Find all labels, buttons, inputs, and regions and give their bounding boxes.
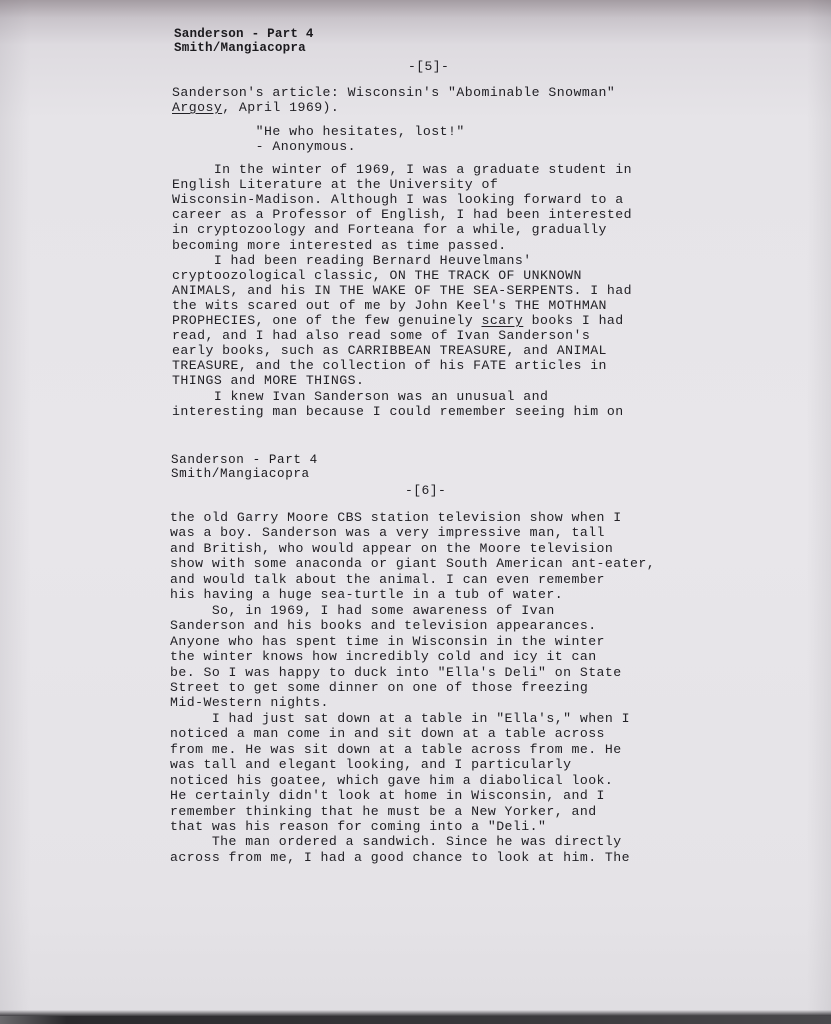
text-line: In the winter of 1969, I was a graduate … xyxy=(172,162,632,177)
text-line: interesting man because I could remember… xyxy=(172,404,624,419)
text-line: He certainly didn't look at home in Wisc… xyxy=(170,788,605,803)
page-number: -[6]- xyxy=(405,483,446,498)
text-line: I knew Ivan Sanderson was an unusual and xyxy=(172,389,548,404)
text-line: ANIMALS, and his IN THE WAKE OF THE SEA-… xyxy=(172,283,632,298)
text-line: in cryptozoology and Forteana for a whil… xyxy=(172,222,607,237)
text-line: I had just sat down at a table in "Ella'… xyxy=(170,711,630,726)
text-line: - Anonymous. xyxy=(172,139,356,154)
text-line: Sanderson's article: Wisconsin's "Abomin… xyxy=(172,85,615,100)
text-line: his having a huge sea-turtle in a tub of… xyxy=(170,587,563,602)
text-line: Street to get some dinner on one of thos… xyxy=(170,680,588,695)
text-line: that was his reason for coming into a "D… xyxy=(170,819,546,834)
typewritten-document: Sanderson - Part 4 Smith/Mangiacopra -[5… xyxy=(0,0,831,1024)
text-line: and British, who would appear on the Moo… xyxy=(170,541,613,556)
underlined-text: Argosy xyxy=(172,100,222,115)
text-line: from me. He was sit down at a table acro… xyxy=(170,742,622,757)
text-line: across from me, I had a good chance to l… xyxy=(170,850,630,865)
text-line: the wits scared out of me by John Keel's… xyxy=(172,298,607,313)
text-line: and would talk about the animal. I can e… xyxy=(170,572,605,587)
underlined-text: scary xyxy=(481,313,523,328)
text-line: read, and I had also read some of Ivan S… xyxy=(172,328,590,343)
running-header-title: Sanderson - Part 4 xyxy=(171,453,318,468)
text-line: Sanderson and his books and television a… xyxy=(170,618,597,633)
text-line: show with some anaconda or giant South A… xyxy=(170,556,655,571)
text-line: was tall and elegant looking, and I part… xyxy=(170,757,571,772)
text-line: the old Garry Moore CBS station televisi… xyxy=(170,510,622,525)
page-number: -[5]- xyxy=(408,59,449,74)
text-line: noticed his goatee, which gave him a dia… xyxy=(170,773,613,788)
text-line: the winter knows how incredibly cold and… xyxy=(170,649,597,664)
text-line: PROPHECIES, one of the few genuinely sca… xyxy=(172,313,624,328)
text-line: be. So I was happy to duck into "Ella's … xyxy=(170,665,622,680)
text-line: cryptoozological classic, ON THE TRACK O… xyxy=(172,268,582,283)
text-line: was a boy. Sanderson was a very impressi… xyxy=(170,525,605,540)
text-line: So, in 1969, I had some awareness of Iva… xyxy=(170,603,555,618)
text-line: becoming more interested as time passed. xyxy=(172,238,507,253)
scanner-bottom-edge xyxy=(0,1016,831,1024)
text-line: career as a Professor of English, I had … xyxy=(172,207,632,222)
text-line: Mid-Western nights. xyxy=(170,695,329,710)
text-line: noticed a man come in and sit down at a … xyxy=(170,726,605,741)
running-header-title: Sanderson - Part 4 xyxy=(174,27,314,42)
text-line: "He who hesitates, lost!" xyxy=(172,124,465,139)
running-header-authors: Smith/Mangiacopra xyxy=(171,467,310,482)
text-line: English Literature at the University of xyxy=(172,177,498,192)
text-line: Anyone who has spent time in Wisconsin i… xyxy=(170,634,605,649)
running-header-authors: Smith/Mangiacopra xyxy=(174,41,306,56)
text-line: I had been reading Bernard Heuvelmans' xyxy=(172,253,532,268)
text-line: The man ordered a sandwich. Since he was… xyxy=(170,834,622,849)
text-line: Argosy, April 1969). xyxy=(172,100,339,115)
text-line: early books, such as CARRIBBEAN TREASURE… xyxy=(172,343,607,358)
text-line: Wisconsin-Madison. Although I was lookin… xyxy=(172,192,624,207)
text-line: THINGS and MORE THINGS. xyxy=(172,373,364,388)
text-line: remember thinking that he must be a New … xyxy=(170,804,597,819)
text-line: TREASURE, and the collection of his FATE… xyxy=(172,358,607,373)
